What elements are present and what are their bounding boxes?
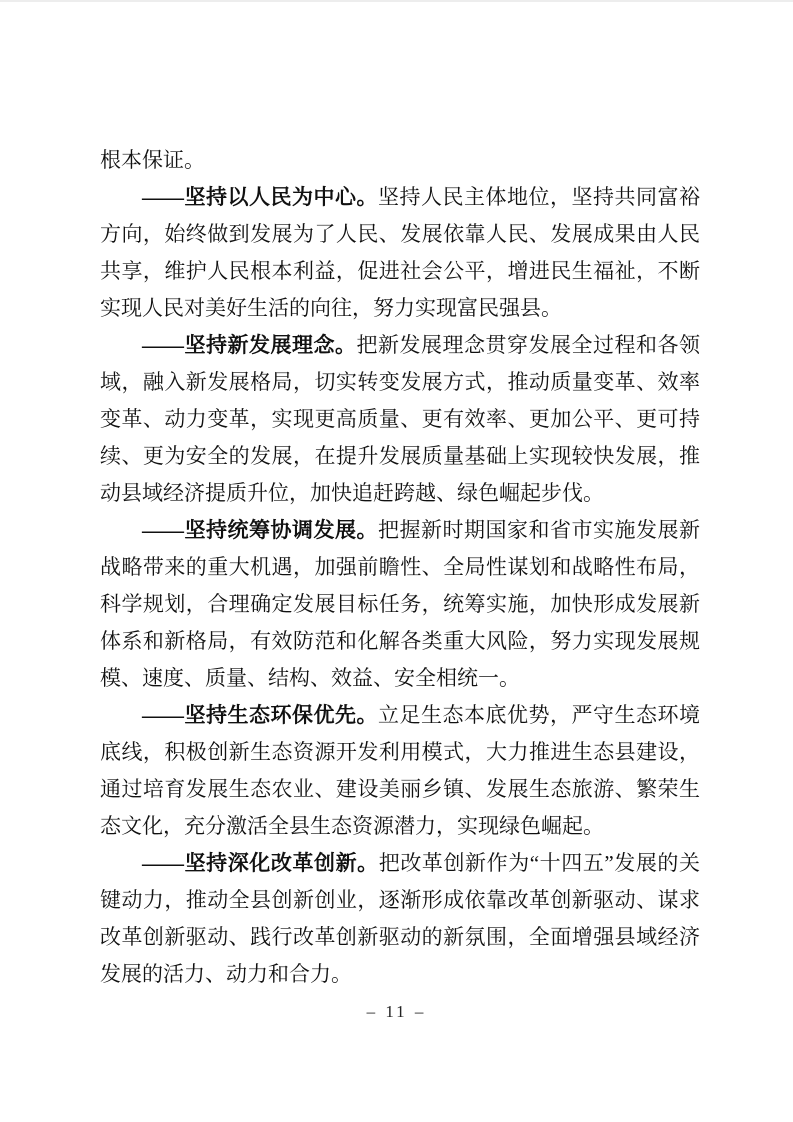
page-number: – 11 – — [0, 1000, 793, 1024]
paragraph-lead: ——坚持生态环保优先。 — [142, 703, 378, 727]
paragraph-lead: ——坚持新发展理念。 — [142, 333, 357, 357]
paragraph-lead: ——坚持深化改革创新。 — [142, 851, 379, 875]
paragraph: ——坚持统筹协调发展。把握新时期国家和省市实施发展新战略带来的重大机遇，加强前瞻… — [100, 512, 700, 697]
paragraph: ——坚持新发展理念。把新发展理念贯穿发展全过程和各领域，融入新发展格局，切实转变… — [100, 327, 700, 512]
paragraph: ——坚持生态环保优先。立足生态本底优势，严守生态环境底线，积极创新生态资源开发利… — [100, 697, 700, 845]
paragraph-text: 把握新时期国家和省市实施发展新战略带来的重大机遇，加强前瞻性、全局性谋划和战略性… — [100, 518, 700, 690]
paragraph: ——坚持以人民为中心。坚持人民主体地位，坚持共同富裕方向，始终做到发展为了人民、… — [100, 179, 700, 327]
paragraph: ——坚持深化改革创新。把改革创新作为“十四五”发展的关键动力，推动全县创新创业，… — [100, 845, 700, 993]
paragraph-text: 把新发展理念贯穿发展全过程和各领域，融入新发展格局，切实转变发展方式，推动质量变… — [100, 333, 700, 505]
paragraph: 根本保证。 — [100, 142, 700, 179]
paragraph-lead: ——坚持统筹协调发展。 — [142, 518, 378, 542]
paragraph-lead: ——坚持以人民为中心。 — [142, 185, 378, 209]
document-page: 根本保证。 ——坚持以人民为中心。坚持人民主体地位，坚持共同富裕方向，始终做到发… — [0, 0, 793, 1122]
paragraph-text: 根本保证。 — [100, 148, 205, 172]
document-body: 根本保证。 ——坚持以人民为中心。坚持人民主体地位，坚持共同富裕方向，始终做到发… — [100, 142, 700, 993]
